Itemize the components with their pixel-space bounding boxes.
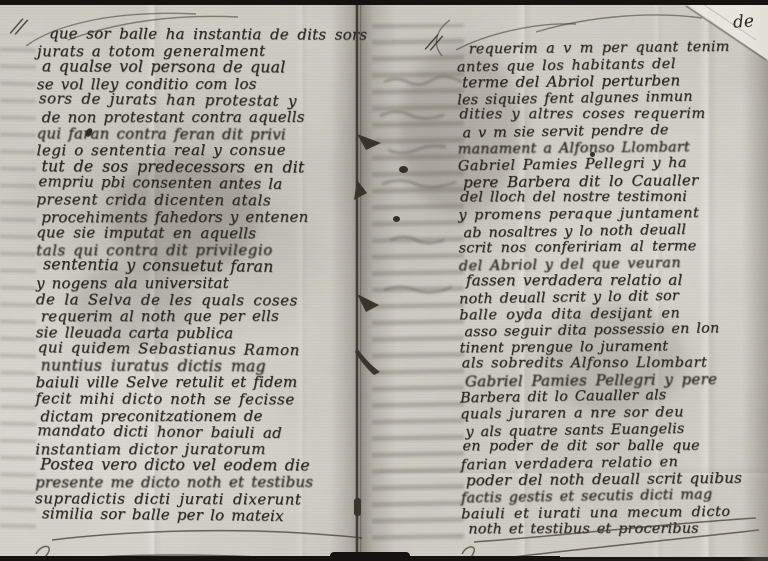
- manuscript-line: a qualse vol persona de qual: [42, 59, 361, 77]
- manuscript-line: noth et testibus et proceribus: [468, 521, 765, 538]
- thread-knot: [355, 348, 380, 375]
- photo-edge-bottom: [0, 556, 560, 561]
- manuscript-line: de non protestant contra aquells: [42, 109, 361, 126]
- manuscript-line: que sie imputat en aquells: [36, 224, 360, 242]
- left-page-text: que sor balle ha instantia de dits sorsj…: [35, 25, 361, 524]
- manuscript-line: similia sor balle per lo mateix: [42, 505, 361, 525]
- paragraph-mark-right: //: [425, 29, 441, 55]
- manuscript-line: y nogens ala universitat: [36, 275, 360, 292]
- manuscript-line: requerim al noth que per ells: [41, 308, 360, 325]
- ink-bleedthrough-left-margin: [0, 34, 36, 534]
- manuscript-line: presente me dicto noth et testibus: [35, 474, 359, 491]
- manuscript-line: present crida dicenten atals: [36, 191, 360, 209]
- page-edge-right: [742, 0, 768, 561]
- thread-knot: [354, 498, 361, 516]
- paragraph-mark-left: //: [10, 13, 26, 39]
- manuscript-photo: que sor balle ha instantia de dits sorsj…: [0, 0, 768, 561]
- right-page-text: requerim a v m per quant tenimantes que …: [457, 39, 764, 540]
- photo-edge-bottom-center: [330, 552, 410, 561]
- manuscript-line: que sor balle ha instantia de dits sors: [49, 25, 361, 43]
- manuscript-line: fecit mihi dicto noth se fecisse: [35, 390, 359, 408]
- manuscript-line: als sobredits Alfonso Llombart: [462, 355, 764, 372]
- photo-edge-top: [0, 0, 768, 5]
- manuscript-line: del lloch del nostre testimoni: [460, 189, 762, 206]
- catchword: de: [732, 11, 754, 32]
- binding-thread: [346, 0, 402, 561]
